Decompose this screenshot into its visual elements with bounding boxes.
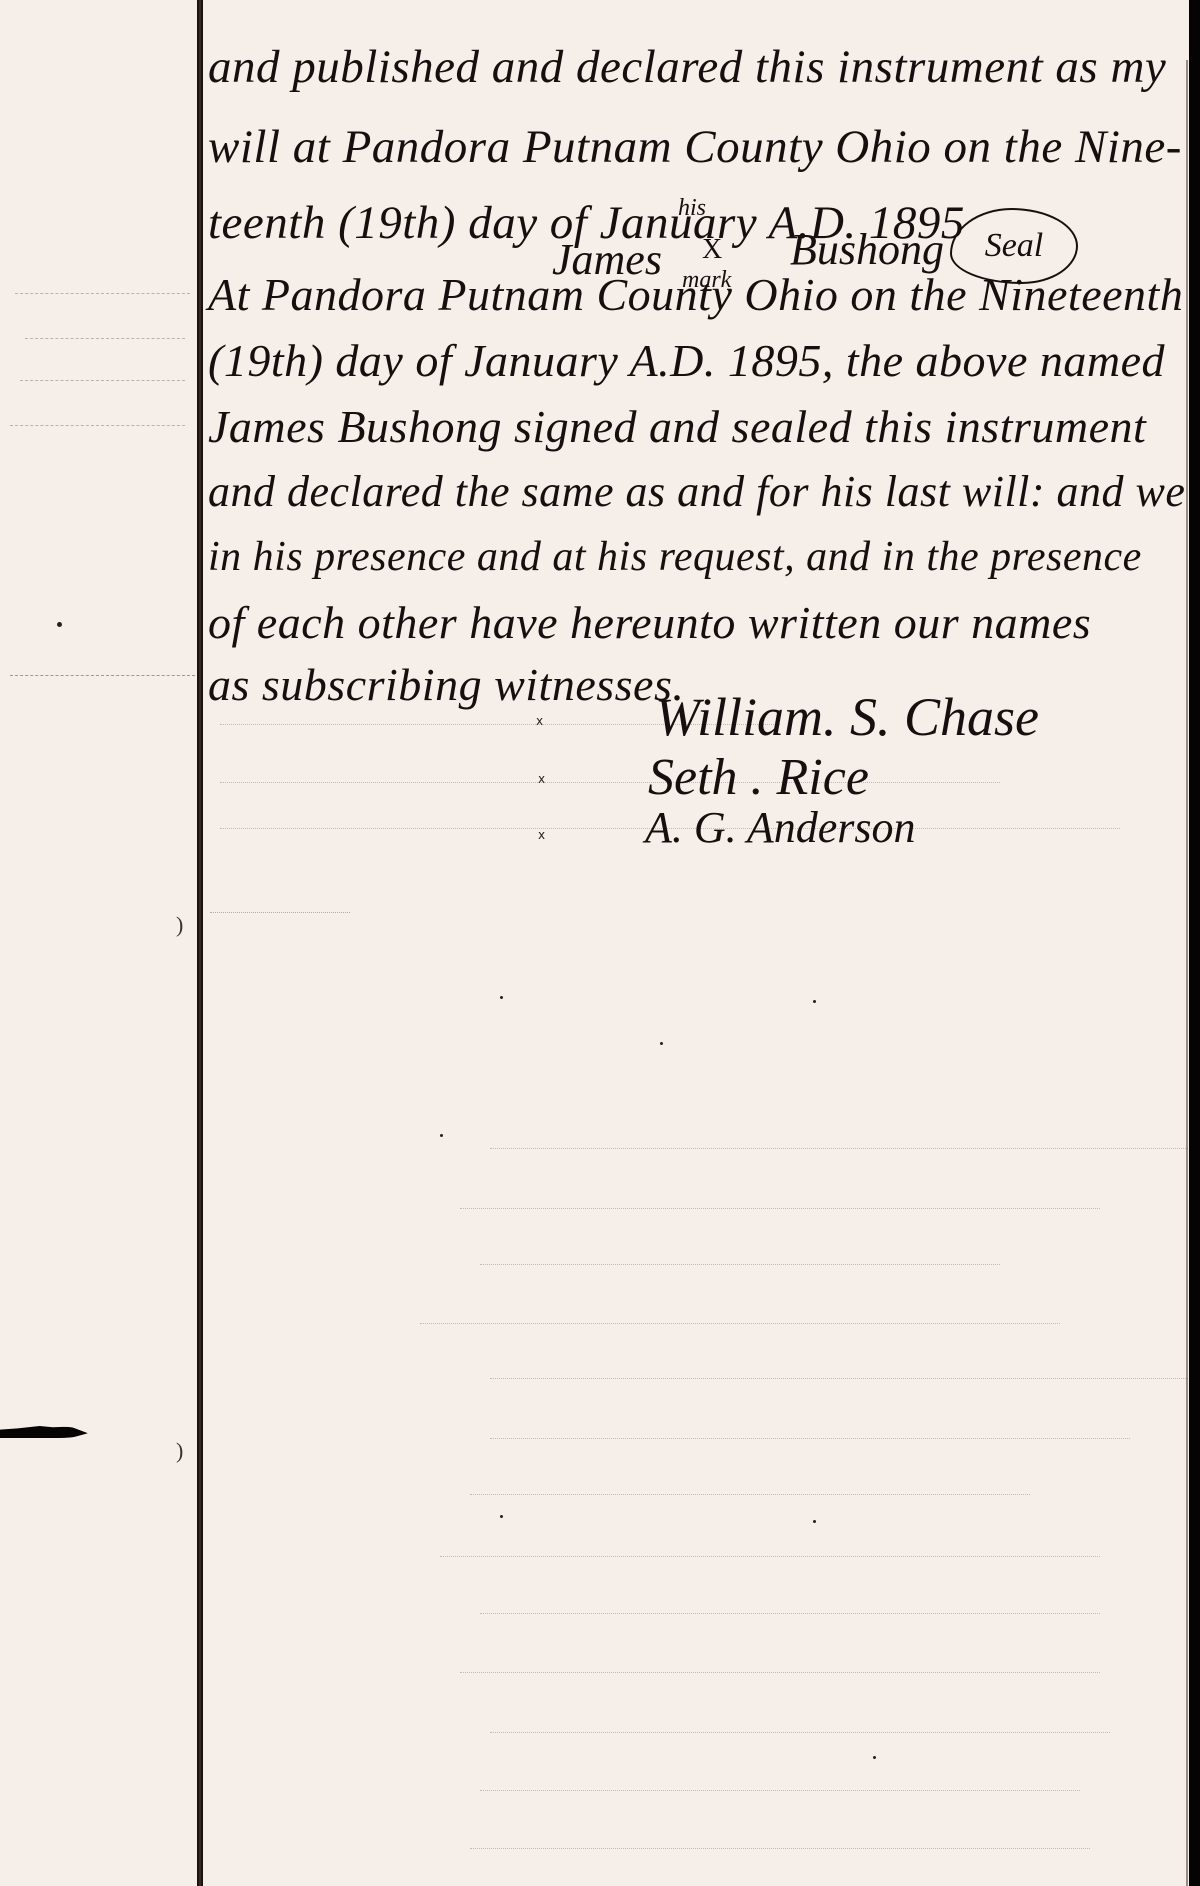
- ruled-line: [490, 1732, 1110, 1733]
- margin-bracket-mark: ): [176, 1438, 183, 1464]
- attestation-line: At Pandora Putnam County Ohio on the Nin…: [208, 272, 1183, 318]
- speck: [440, 1134, 443, 1137]
- attestation-line: of each other have hereunto written our …: [208, 600, 1091, 646]
- right-edge-shadow: [1189, 0, 1200, 1886]
- right-edge-line: [1186, 60, 1188, 1886]
- his-label: his: [678, 196, 706, 220]
- attestation-line: in his presence and at his request, and …: [208, 536, 1142, 578]
- ruled-line: [480, 1613, 1100, 1614]
- margin-ruled-line: [10, 675, 195, 676]
- document-page: ) ) and published and declared this inst…: [0, 0, 1200, 1886]
- ruled-line: [490, 1438, 1130, 1439]
- speck: [813, 1000, 816, 1003]
- body-line: will at Pandora Putnam County Ohio on th…: [208, 124, 1182, 171]
- ruled-line: [220, 782, 1000, 783]
- witness-marker: x: [536, 714, 543, 728]
- speck: [813, 1520, 816, 1523]
- ruled-line: [480, 1264, 1000, 1265]
- ruled-line: [460, 1208, 1100, 1209]
- speck: [500, 996, 503, 999]
- ruled-line: [210, 912, 350, 913]
- margin-ruled-line: [15, 293, 190, 294]
- ruled-line: [470, 1494, 1030, 1495]
- attestation-line: (19th) day of January A.D. 1895, the abo…: [208, 338, 1165, 384]
- witness-signature: A. G. Anderson: [645, 806, 916, 850]
- margin-ruled-line: [20, 380, 185, 381]
- attestation-line: as subscribing witnesses.: [208, 662, 684, 708]
- ruled-line: [440, 1556, 1100, 1557]
- speck: [873, 1756, 876, 1759]
- witness-signature: William. S. Chase: [655, 690, 1039, 744]
- ruled-line: [490, 1378, 1200, 1379]
- margin-ruled-line: [10, 425, 185, 426]
- seal-label: Seal: [985, 227, 1044, 265]
- ruled-line: [490, 1148, 1190, 1149]
- margin-vertical-rule: [197, 0, 203, 1886]
- witness-marker: x: [538, 772, 545, 786]
- testator-last-name: Bushong: [790, 228, 944, 272]
- testator-mark: X: [702, 236, 722, 264]
- ruled-line: [420, 1323, 1060, 1324]
- ruled-line: [460, 1672, 1100, 1673]
- speck: [660, 1042, 663, 1045]
- attestation-line: James Bushong signed and sealed this ins…: [208, 404, 1146, 450]
- margin-bracket-mark: ): [176, 912, 183, 938]
- attestation-line: and declared the same as and for his las…: [208, 470, 1185, 514]
- ink-blot: [0, 1426, 88, 1438]
- ruled-line: [470, 1848, 1090, 1849]
- ruled-line: [480, 1790, 1080, 1791]
- body-line: and published and declared this instrume…: [208, 44, 1166, 91]
- margin-ruled-line: [25, 338, 185, 339]
- speck: [500, 1515, 503, 1518]
- witness-signature: Seth . Rice: [648, 752, 869, 804]
- witness-marker: x: [538, 828, 545, 842]
- speck: [57, 622, 62, 627]
